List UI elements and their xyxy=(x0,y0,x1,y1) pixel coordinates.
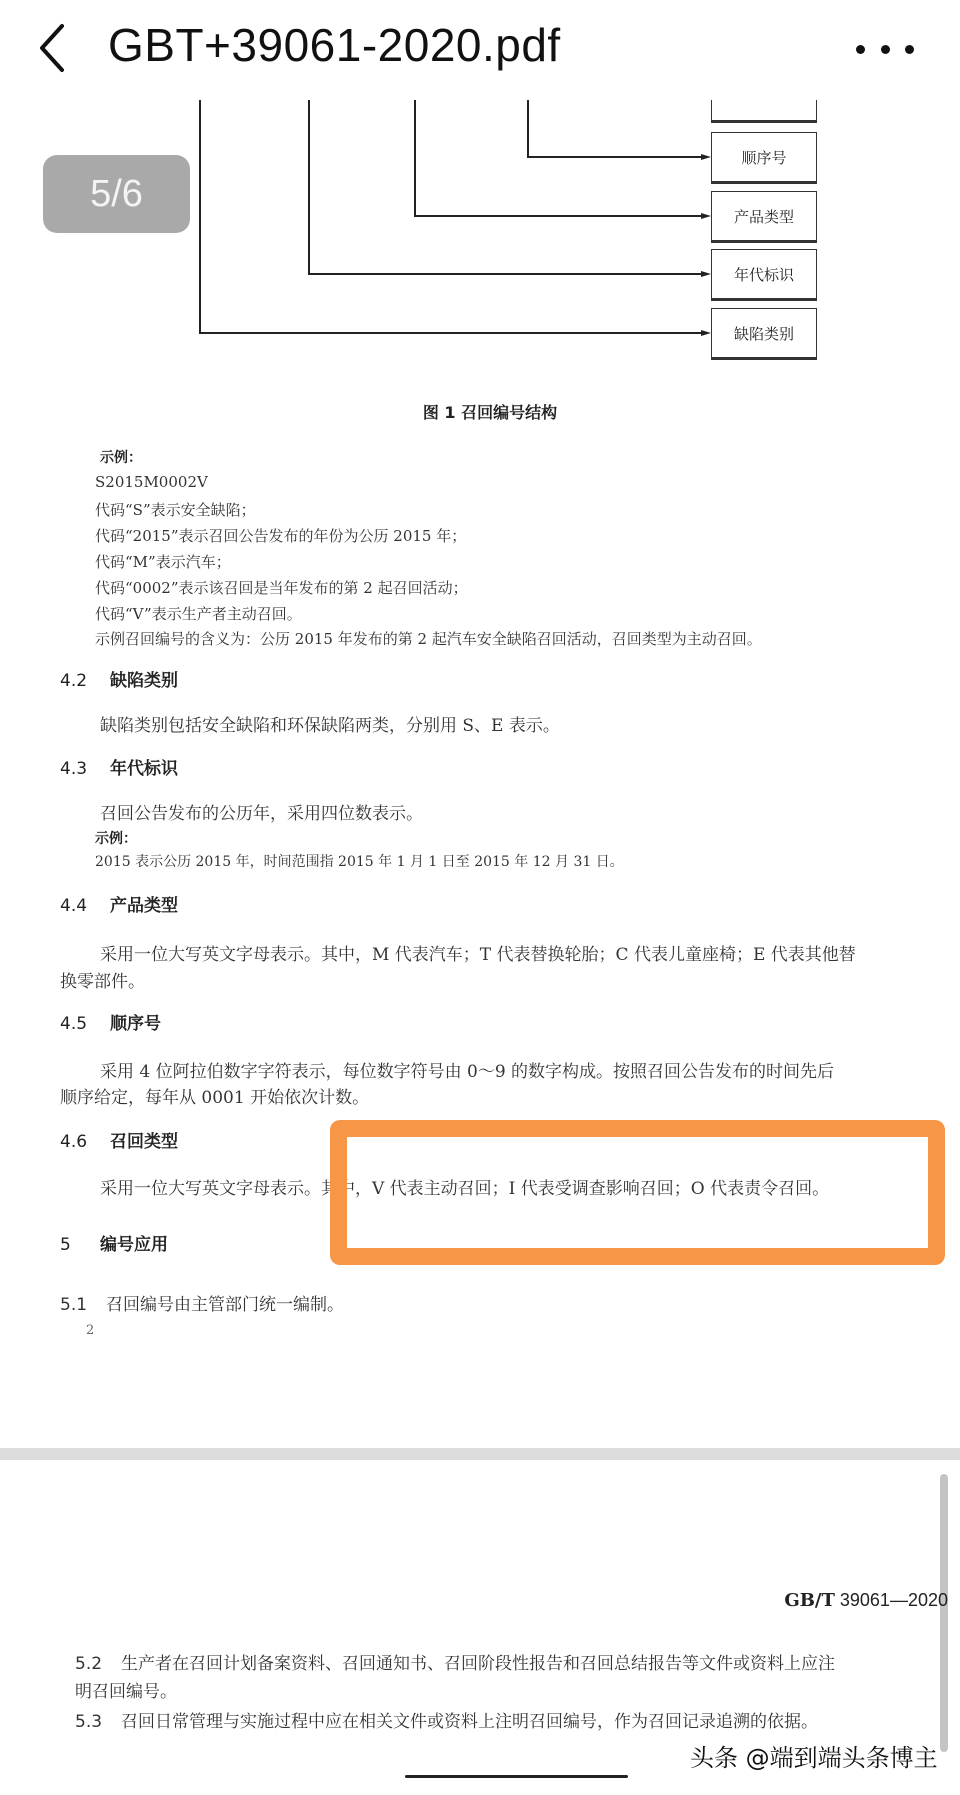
arrow-right-icon xyxy=(701,154,711,160)
section-body: 缺陷类别包括安全缺陷和环保缺陷两类，分别用 S、E 表示。 xyxy=(100,711,560,736)
home-indicator[interactable] xyxy=(405,1775,628,1778)
scrollbar[interactable] xyxy=(940,1474,948,1752)
example-label: 示例： xyxy=(100,447,142,467)
section-body: 换零部件。 xyxy=(60,967,145,992)
example-line: 示例召回编号的含义为：公历 2015 年发布的第 2 起汽车安全缺陷召回活动，召… xyxy=(95,628,762,649)
example-line: 代码“2015”表示召回公告发布的年份为公历 2015 年； xyxy=(95,525,466,546)
section-body: 采用一位大写英文字母表示。其中，M 代表汽车；T 代表替换轮胎；C 代表儿童座椅… xyxy=(100,940,856,965)
section-body: 召回公告发布的公历年，采用四位数表示。 xyxy=(100,799,423,824)
clause-number: 5.1 xyxy=(60,1295,106,1315)
connector-line xyxy=(414,215,701,217)
back-button[interactable] xyxy=(36,22,72,74)
diagram-box-product-type: 产品类型 xyxy=(711,191,817,243)
section-heading-5: 5编号应用 xyxy=(60,1230,168,1255)
clause-number: 5.2 xyxy=(75,1654,121,1674)
section-heading-4-3: 4.3年代标识 xyxy=(60,754,178,779)
section-heading-4-2: 4.2缺陷类别 xyxy=(60,666,178,691)
example-line: 代码“0002”表示该召回是当年发布的第 2 起召回活动； xyxy=(95,577,468,598)
connector-line xyxy=(308,273,701,275)
section-number: 4.5 xyxy=(60,1014,110,1034)
section-number: 4.2 xyxy=(60,671,110,691)
page-separator xyxy=(0,1448,960,1460)
diagram-box-sequence: 顺序号 xyxy=(711,132,817,184)
example-line: 代码“V”表示生产者主动召回。 xyxy=(95,603,302,624)
section-title: 缺陷类别 xyxy=(110,671,178,691)
section-heading-4-6: 4.6召回类型 xyxy=(60,1127,178,1152)
example-line: 2015 表示公历 2015 年，时间范围指 2015 年 1 月 1 日至 2… xyxy=(95,851,624,871)
more-horizontal-icon xyxy=(856,45,865,54)
clause-text: 召回编号由主管部门统一编制。 xyxy=(106,1295,344,1315)
diagram-box-defect-type: 缺陷类别 xyxy=(711,308,817,360)
section-heading-4-5: 4.5顺序号 xyxy=(60,1009,161,1034)
orange-highlight-box xyxy=(330,1120,945,1265)
connector-line xyxy=(199,332,701,334)
section-number: 4.4 xyxy=(60,896,110,916)
dot xyxy=(905,45,914,54)
standard-number: 39061—2020 xyxy=(835,1590,948,1610)
standard-header: GB/T 39061—2020 xyxy=(784,1590,948,1611)
clause-number: 5.3 xyxy=(75,1712,121,1732)
section-title: 年代标识 xyxy=(110,759,178,779)
more-options-button[interactable] xyxy=(856,38,914,60)
arrow-right-icon xyxy=(701,271,711,277)
example-line: 代码“S”表示安全缺陷； xyxy=(95,499,256,520)
app-header: GBT+39061-2020.pdf xyxy=(0,0,960,100)
section-title: 召回类型 xyxy=(110,1132,178,1152)
section-heading-4-4: 4.4产品类型 xyxy=(60,891,178,916)
section-number: 5 xyxy=(60,1235,100,1255)
connector-line xyxy=(308,100,310,275)
arrow-right-icon xyxy=(701,330,711,336)
page-indicator: 5/6 xyxy=(43,155,190,233)
chevron-left-icon xyxy=(36,22,72,74)
clause-5-3: 5.3召回日常管理与实施过程中应在相关文件或资料上注明召回编号，作为召回记录追溯… xyxy=(75,1707,818,1732)
connector-line xyxy=(414,100,416,216)
page-number: 2 xyxy=(86,1323,94,1338)
section-number: 4.3 xyxy=(60,759,110,779)
watermark: 头条 @端到端头条博主 xyxy=(690,1738,938,1773)
figure-caption: 图 1 召回编号结构 xyxy=(0,400,960,423)
section-title: 顺序号 xyxy=(110,1014,161,1034)
standard-prefix: GB/T xyxy=(784,1590,835,1611)
section-number: 4.6 xyxy=(60,1132,110,1152)
example-line: S2015M0002V xyxy=(95,473,208,491)
connector-line xyxy=(199,100,201,334)
example-label: 示例： xyxy=(95,828,137,848)
connector-line xyxy=(527,100,529,158)
section-body: 采用 4 位阿拉伯数字字符表示，每位数字符号由 0～9 的数字构成。按照召回公告… xyxy=(100,1057,834,1082)
arrow-right-icon xyxy=(701,213,711,219)
diagram-box-year: 年代标识 xyxy=(711,249,817,301)
section-body: 顺序给定，每年从 0001 开始依次计数。 xyxy=(60,1083,369,1108)
clause-text: 召回日常管理与实施过程中应在相关文件或资料上注明召回编号，作为召回记录追溯的依据… xyxy=(121,1712,818,1732)
clause-text: 生产者在召回计划备案资料、召回通知书、召回阶段性报告和召回总结报告等文件或资料上… xyxy=(121,1654,835,1674)
example-line: 代码“M”表示汽车； xyxy=(95,551,231,572)
dot xyxy=(881,45,890,54)
clause-text: 明召回编号。 xyxy=(75,1677,177,1702)
clause-5-1: 5.1召回编号由主管部门统一编制。 xyxy=(60,1290,344,1315)
clause-5-2: 5.2生产者在召回计划备案资料、召回通知书、召回阶段性报告和召回总结报告等文件或… xyxy=(75,1649,835,1674)
connector-line xyxy=(527,156,701,158)
section-title: 产品类型 xyxy=(110,896,178,916)
document-title: GBT+39061-2020.pdf xyxy=(108,18,561,72)
section-title: 编号应用 xyxy=(100,1235,168,1255)
